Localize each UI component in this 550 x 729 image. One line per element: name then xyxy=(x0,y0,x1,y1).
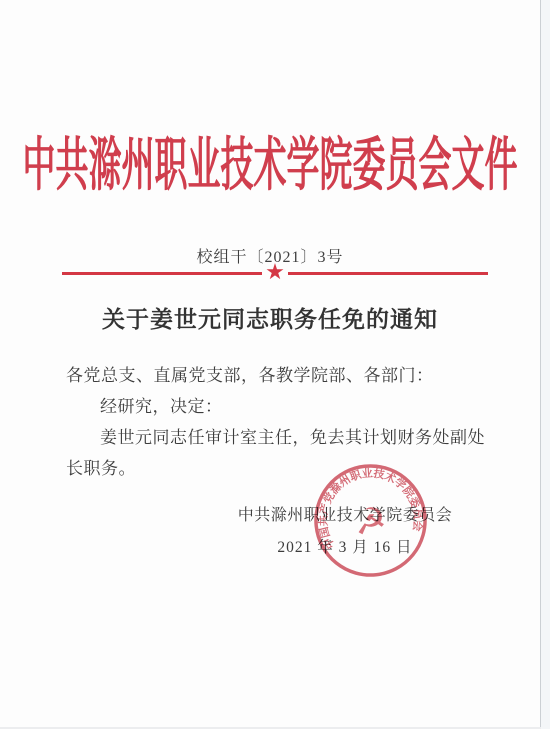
paragraph-salutation: 各党总支、直属党支部，各教学院部、各部门： xyxy=(66,360,496,391)
letterhead-title: 中共滁州职业技术学院委员会文件 xyxy=(0,139,540,197)
star-icon: ★ xyxy=(265,262,285,284)
document-body: 各党总支、直属党支部，各教学院部、各部门： 经研究，决定： 姜世元同志任审计室主… xyxy=(66,360,496,484)
page-right-edge xyxy=(540,0,550,729)
paragraph-decision-intro: 经研究，决定： xyxy=(66,391,496,422)
paragraph-decision-body: 姜世元同志任审计室主任，免去其计划财务处副处长职务。 xyxy=(66,422,496,484)
red-rule: ★ xyxy=(62,262,488,284)
red-rule-right xyxy=(288,272,488,275)
red-rule-left xyxy=(62,272,262,275)
signature-block: 中共滁州职业技术学院委员会 2021 年 3 月 16 日 xyxy=(235,502,455,557)
issuer-name: 中共滁州职业技术学院委员会 xyxy=(235,502,455,525)
document-page: 中共滁州职业技术学院委员会文件 校组干〔2021〕3号 ★ 关于姜世元同志职务任… xyxy=(0,0,550,729)
document-title: 关于姜世元同志职务任免的通知 xyxy=(0,301,540,334)
issue-date: 2021 年 3 月 16 日 xyxy=(235,535,455,557)
